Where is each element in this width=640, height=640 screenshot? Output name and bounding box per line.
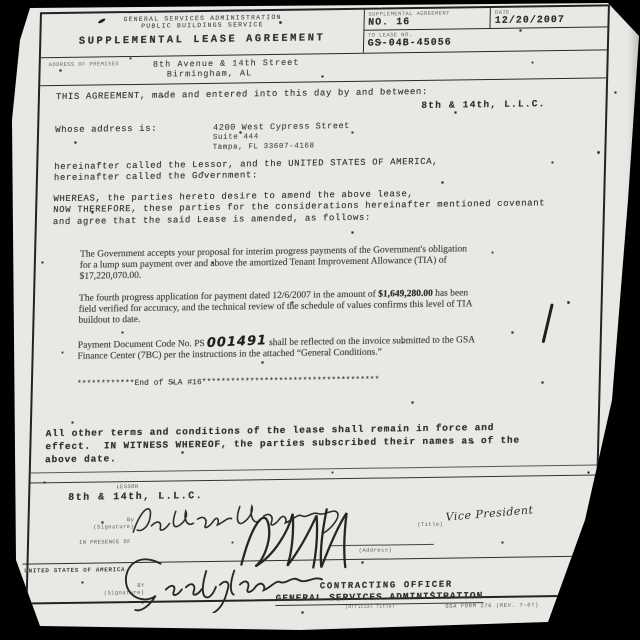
progress-payment-amount: $1,649,280.00 (378, 288, 433, 299)
scan-background: GENERAL SERVICES ADMINISTRATION PUBLIC B… (0, 0, 640, 640)
date-value: 12/20/2007 (495, 15, 565, 27)
address-of-premises-label: ADDRESS OF PREMISES (48, 60, 119, 81)
signature-section: LESSOR 8th & 14th, L.L.C. By (Signature)… (28, 465, 597, 603)
date-cell: DATE 12/20/2007 (491, 7, 569, 28)
address-caption: (Address) (359, 546, 392, 554)
contracting-officer-signature (119, 549, 330, 614)
form-header: GENERAL SERVICES ADMINISTRATION PUBLIC B… (41, 6, 608, 58)
amendment-paragraphs: The Government accepts your proposal for… (77, 244, 480, 363)
supplemental-agreement-number: NO. 16 (368, 16, 486, 29)
paragraph-3-text: Payment Document Code No. PS (78, 339, 205, 351)
scan-noise-specks (0, 0, 1, 1)
scanned-document-page: GENERAL SERVICES ADMINISTRATION PUBLIC B… (0, 0, 640, 640)
paragraph-2: The fourth progress application for paym… (78, 288, 479, 327)
lease-number-cell: TO LEASE NO. GS-04B-45056 (363, 27, 607, 52)
closing-statement: All other terms and conditions of the le… (45, 421, 574, 467)
form-number-footer: GSA FORM 276 (REV. 7-67) (445, 601, 539, 609)
lease-number-value: GS-04B-45056 (368, 35, 604, 49)
united-states-label: UNITED STATES OF AMERICA (24, 566, 125, 574)
signature-divider-line (30, 475, 596, 484)
paragraph-1: The Government accepts your proposal for… (79, 244, 480, 283)
handwritten-payment-code: 001491 (207, 333, 267, 351)
title-label: (Title) (417, 521, 443, 529)
gsa-form-276: GENERAL SERVICES ADMINISTRATION PUBLIC B… (26, 4, 610, 604)
lessor-address-line1: 4200 West Cypress Street (213, 121, 350, 134)
premises-address-line2: Birmingham, AL (153, 68, 300, 80)
handwritten-title: Vice President (445, 503, 533, 523)
end-of-sla-line: ************End of SLA #16**************… (77, 372, 585, 389)
in-presence-of-label: IN PRESENCE OF (79, 538, 131, 546)
supplemental-agreement-cell: SUPPLEMENTAL AGREEMENT NO. 16 (364, 8, 491, 30)
official-title-caption: (Official Title) (345, 604, 395, 611)
contracting-officer-title: CONTRACTING OFFICER (320, 580, 453, 592)
lessor-address-line3: Tampa, FL 33607-4168 (212, 142, 349, 154)
paragraph-3: Payment Document Code No. PS001491shall … (77, 331, 478, 363)
hereinafter-clause: hereinafter called the Lessor, and the U… (54, 154, 590, 184)
form-title: SUPPLEMENTAL LEASE AGREEMENT (41, 32, 363, 48)
lessor-label: LESSOR (116, 483, 138, 490)
address-intro-label: Whose address is: (54, 123, 213, 156)
agreement-body: THIS AGREEMENT, made and entered into th… (33, 78, 606, 390)
header-left-cell: GENERAL SERVICES ADMINISTRATION PUBLIC B… (41, 10, 365, 58)
header-right-cells: SUPPLEMENTAL AGREEMENT NO. 16 DATE 12/20… (363, 6, 607, 52)
